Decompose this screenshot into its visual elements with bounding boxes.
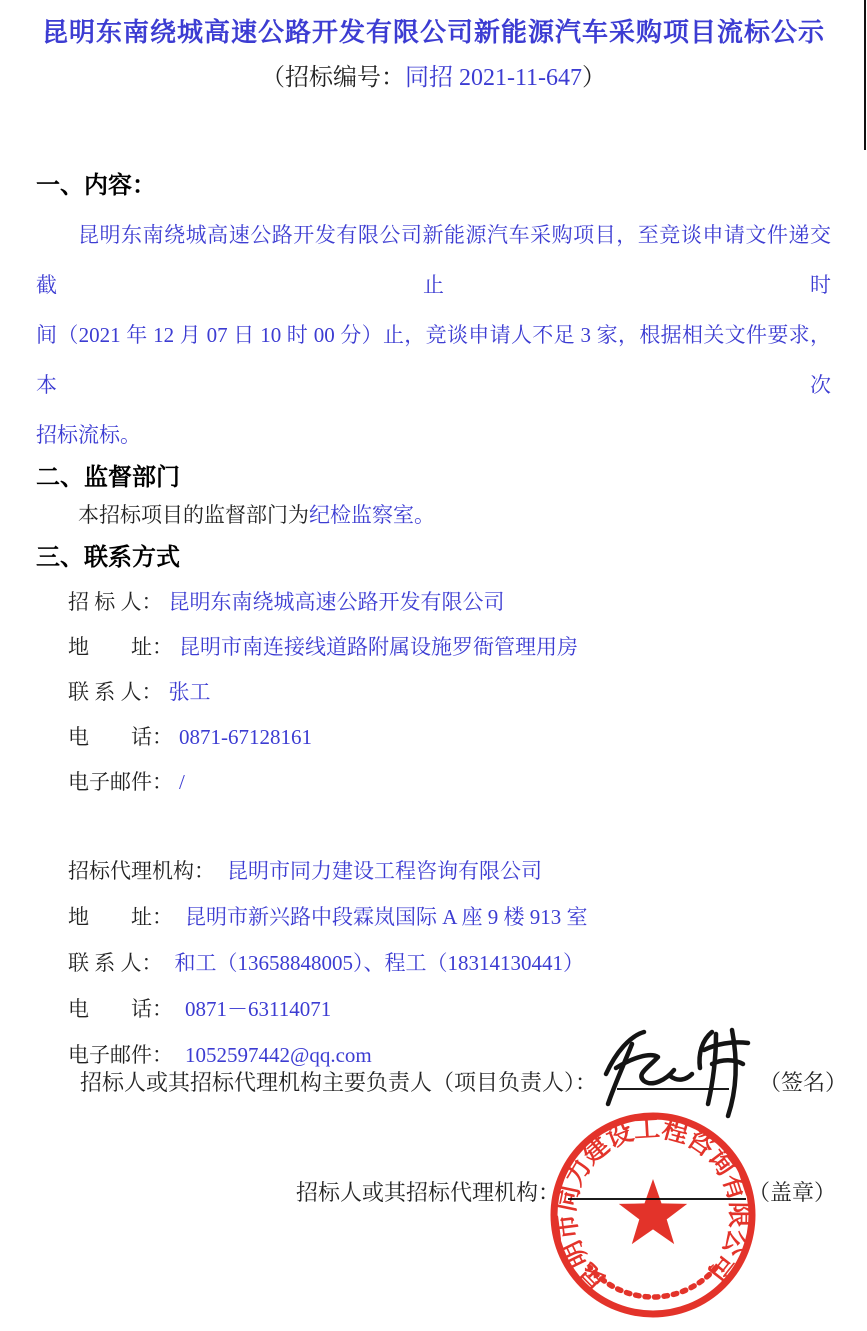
row-label: 电 话： (68, 997, 173, 1021)
row-label: 招标代理机构： (68, 859, 215, 883)
announcement-document: 昆明东南绕城高速公路开发有限公司新能源汽车采购项目流标公示 （招标编号：同招 2… (0, 0, 867, 1078)
tender-number-line: （招标编号：同招 2021-11-647） (36, 62, 831, 94)
seal-star-icon (619, 1179, 687, 1244)
page-title: 昆明东南绕城高速公路开发有限公司新能源汽车采购项目流标公示 (36, 16, 831, 50)
document-page: { "colors": { "accent_blue": "#3c3cd2", … (0, 0, 867, 1331)
tenderer-address-row: 地 址：昆明市南连接线道路附属设施罗衙管理用房 (68, 625, 831, 670)
handwritten-signature (600, 1024, 770, 1119)
row-value: 张工 (169, 680, 211, 704)
row-label: 地 址： (68, 635, 173, 659)
section-heading-content: 一、内容： (36, 170, 831, 202)
section-heading-contact: 三、联系方式 (36, 542, 831, 574)
row-value: 昆明东南绕城高速公路开发有限公司 (169, 590, 505, 614)
supervision-prefix: 本招标项目的监督部门为 (78, 503, 309, 527)
tenderer-email-row: 电子邮件：/ (68, 760, 831, 805)
row-label: 电 话： (68, 725, 173, 749)
page-edge-line (864, 0, 866, 150)
company-seal: 昆明市同力建设工程咨询有限公司 (550, 1112, 756, 1318)
content-paragraph: 昆明东南绕城高速公路开发有限公司新能源汽车采购项目，至竞谈申请文件递交截止时 间… (36, 210, 831, 460)
row-label: 联 系 人： (68, 951, 163, 975)
tenderer-contact-block: 招 标 人：昆明东南绕城高速公路开发有限公司 地 址：昆明市南连接线道路附属设施… (36, 580, 831, 805)
row-label: 地 址： (68, 905, 173, 929)
row-label: 联 系 人： (68, 680, 163, 704)
section-heading-supervision: 二、监督部门 (36, 462, 831, 494)
agency-contact-person-row: 联 系 人：和工（13658848005）、程工（18314130441） (68, 940, 831, 986)
supervision-line: 本招标项目的监督部门为纪检监察室。 (36, 496, 831, 534)
supervision-department: 纪检监察室。 (309, 503, 435, 527)
seal-line-label: 招标人或其招标代理机构： (296, 1180, 560, 1205)
row-value: 昆明市新兴路中段霖岚国际 A 座 9 楼 913 室 (185, 905, 588, 929)
tender-number-suffix: ） (582, 65, 606, 91)
tender-number-prefix: （招标编号： (261, 65, 405, 91)
content-line-1: 昆明东南绕城高速公路开发有限公司新能源汽车采购项目，至竞谈申请文件递交截止时 (36, 210, 831, 310)
row-value: 0871－63114071 (185, 997, 331, 1021)
row-value: 昆明市南连接线道路附属设施罗衙管理用房 (179, 635, 578, 659)
seal-line-suffix: （盖章） (748, 1180, 836, 1205)
signature-line-suffix: （签名） (759, 1070, 847, 1095)
row-value: / (179, 770, 185, 794)
row-value: 昆明市同力建设工程咨询有限公司 (227, 859, 542, 883)
content-line-2: 间（2021 年 12 月 07 日 10 时 00 分）止，竞谈申请人不足 3… (36, 310, 831, 410)
row-label: 电子邮件： (68, 1043, 173, 1067)
row-value: 1052597442@qq.com (185, 1043, 372, 1067)
row-value: 和工（13658848005）、程工（18314130441） (175, 951, 585, 975)
tenderer-name-row: 招 标 人：昆明东南绕城高速公路开发有限公司 (68, 580, 831, 625)
tenderer-phone-row: 电 话：0871-67128161 (68, 715, 831, 760)
agency-address-row: 地 址：昆明市新兴路中段霖岚国际 A 座 9 楼 913 室 (68, 894, 831, 940)
row-label: 电子邮件： (68, 770, 173, 794)
row-value: 0871-67128161 (179, 725, 312, 749)
tenderer-contact-person-row: 联 系 人：张工 (68, 670, 831, 715)
tender-number: 同招 2021-11-647 (405, 65, 582, 91)
agency-name-row: 招标代理机构：昆明市同力建设工程咨询有限公司 (68, 848, 831, 894)
signature-line-label: 招标人或其招标代理机构主要负责人（项目负责人）： (80, 1070, 597, 1095)
content-line-3: 招标流标。 (36, 410, 831, 460)
seal-serial-dots (590, 1268, 716, 1297)
row-label: 招 标 人： (68, 590, 163, 614)
